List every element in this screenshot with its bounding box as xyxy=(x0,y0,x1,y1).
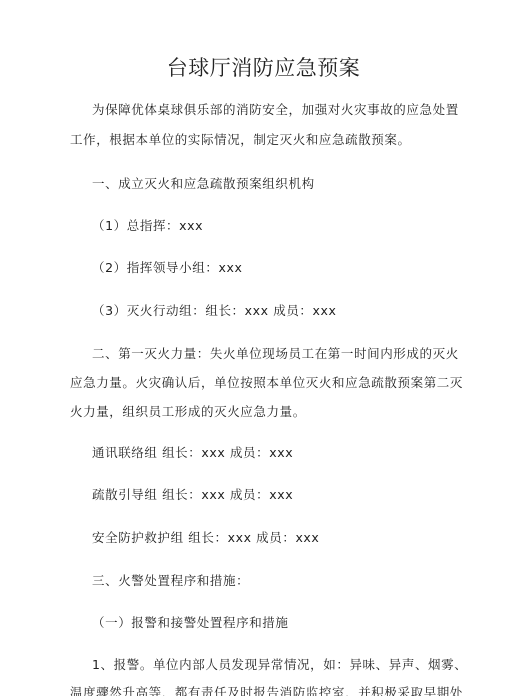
paragraph-line: （3）灭火行动组：组长：xxx 成员：xxx xyxy=(92,301,337,319)
paragraph-line: 工作，根据本单位的实际情况，制定灭火和应急疏散预案。 xyxy=(70,130,411,148)
document-page: 台球厅消防应急预案 为保障优体桌球俱乐部的消防安全，加强对火灾事故的应急处置工作… xyxy=(0,0,527,696)
paragraph-line: 安全防护救护组 组长：xxx 成员：xxx xyxy=(92,528,319,546)
paragraph-line: 1、报警。单位内部人员发现异常情况，如：异味、异声、烟雾、 xyxy=(92,655,467,673)
paragraph-line: 应急力量。火灾确认后，单位按照本单位灭火和应急疏散预案第二灭 xyxy=(70,373,463,391)
paragraph-line: （1）总指挥：xxx xyxy=(92,216,203,234)
paragraph-line: 二、第一灭火力量：失火单位现场员工在第一时间内形成的灭火 xyxy=(92,344,459,362)
paragraph-line: 疏散引导组 组长：xxx 成员：xxx xyxy=(92,485,293,503)
paragraph-line: 一、成立灭火和应急疏散预案组织机构 xyxy=(92,174,315,192)
paragraph-line: 三、火警处置程序和措施： xyxy=(92,571,249,589)
paragraph-line: 通讯联络组 组长：xxx 成员：xxx xyxy=(92,443,293,461)
paragraph-line: （一）报警和接警处置程序和措施 xyxy=(92,613,289,631)
paragraph-line: 为保障优体桌球俱乐部的消防安全，加强对火灾事故的应急处置 xyxy=(92,100,459,118)
document-title: 台球厅消防应急预案 xyxy=(0,52,527,82)
paragraph-line: （2）指挥领导小组：xxx xyxy=(92,258,242,276)
paragraph-line: 火力量，组织员工形成的灭火应急力量。 xyxy=(70,402,306,420)
paragraph-line: 温度骤然升高等，都有责任及时报告消防监控室，并积极采取早期处 xyxy=(70,683,463,696)
